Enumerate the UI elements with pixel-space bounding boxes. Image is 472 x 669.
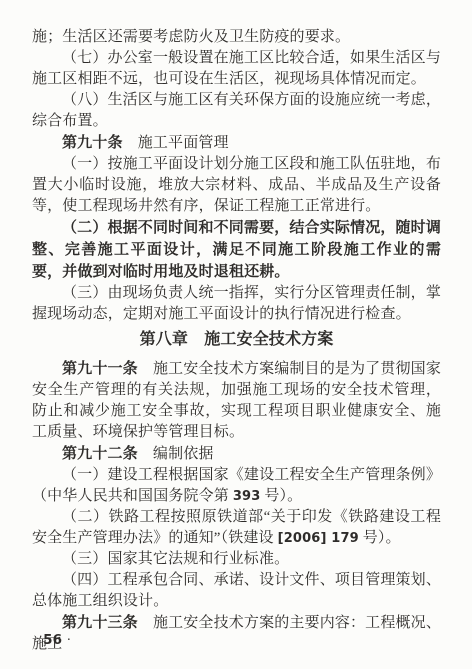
text-run: （八）生活区与施工区有关环保方面的设施应统一考虑，综合布置。: [32, 92, 441, 129]
paragraph: 第九十三条 施工安全技术方案的主要内容：工程概况、施工: [32, 612, 441, 655]
paragraph: （二）根据不同时间和不同需要，结合实际情况，随时调整、完善施工平面设计，满足不同…: [32, 217, 441, 283]
paragraph: （三）国家其它法规和行业标准。: [32, 549, 441, 570]
document-page: 施；生活区还需要考虑防火及卫生防疫的要求。（七）办公室一般设置在施工区比较合适，…: [0, 0, 472, 669]
numeric-text-run: 393: [233, 489, 261, 504]
text-run: （四）工程承包合同、承诺、设计文件、项目管理策划、总体施工组织设计。: [32, 572, 441, 609]
text-run: 编制依据: [138, 446, 214, 462]
text-run: （三）由现场负责人统一指挥，实行分区管理责任制，掌握现场动态，定期对施工平面设计…: [32, 285, 441, 322]
paragraph: （一）按施工平面设计划分施工区段和施工队伍驻地，布置大小临时设施，堆放大宗材料、…: [32, 154, 441, 217]
page-number-dot-left: ·: [33, 633, 39, 648]
paragraph: 第九十条 施工平面管理: [32, 132, 441, 154]
paragraph: 第九十二条 编制依据: [32, 443, 441, 465]
bold-text-run: 第九十二条: [62, 445, 138, 462]
text-run: 号）。: [359, 530, 401, 546]
paragraph: （三）由现场负责人统一指挥，实行分区管理责任制，掌握现场动态，定期对施工平面设计…: [32, 283, 441, 325]
text-run: （七）办公室一般设置在施工区比较合适，如果生活区与施工区相距不远，也可设在生活区…: [32, 50, 441, 87]
page-number: · 56 ·: [33, 630, 72, 651]
page-number-dot-right: ·: [66, 633, 72, 648]
text-run: 号）。: [260, 488, 302, 504]
paragraph: 施；生活区还需要考虑防火及卫生防疫的要求。: [32, 27, 441, 48]
chapter-heading: 第八章 施工安全技术方案: [32, 329, 441, 350]
text-run: 施工平面管理: [123, 135, 229, 151]
bold-text-run: 第九十一条: [62, 360, 138, 377]
bold-text-run: 第九十条: [62, 134, 123, 151]
paragraph: （七）办公室一般设置在施工区比较合适，如果生活区与施工区相距不远，也可设在生活区…: [32, 48, 441, 90]
numeric-text-run: [2006] 179: [278, 531, 359, 546]
text-run: （一）按施工平面设计划分施工区段和施工队伍驻地，布置大小临时设施，堆放大宗材料、…: [32, 156, 441, 214]
paragraph: （一）建设工程根据国家《建设工程安全生产管理条例》（中华人民共和国国务院令第 3…: [32, 465, 441, 507]
text-run: 施；生活区还需要考虑防火及卫生防疫的要求。: [32, 29, 350, 45]
document-content: 施；生活区还需要考虑防火及卫生防疫的要求。（七）办公室一般设置在施工区比较合适，…: [32, 27, 441, 655]
page-number-value: 56: [43, 632, 62, 648]
text-run: （三）国家其它法规和行业标准。: [62, 551, 289, 567]
paragraph: （二）铁路工程按照原铁道部“关于印发《铁路建设工程安全生产管理办法》的通知”（铁…: [32, 507, 441, 549]
bold-text-run: 第九十三条: [62, 614, 138, 631]
bold-text-run: （二）根据不同时间和不同需要，结合实际情况，随时调整、完善施工平面设计，满足不同…: [32, 219, 441, 280]
paragraph: （八）生活区与施工区有关环保方面的设施应统一考虑，综合布置。: [32, 90, 441, 132]
bold-text-run: 第八章 施工安全技术方案: [140, 331, 334, 348]
paragraph: 第九十一条 施工安全技术方案编制目的是为了贯彻国家安全生产管理的有关法规，加强施…: [32, 358, 441, 443]
paragraph: （四）工程承包合同、承诺、设计文件、项目管理策划、总体施工组织设计。: [32, 570, 441, 612]
